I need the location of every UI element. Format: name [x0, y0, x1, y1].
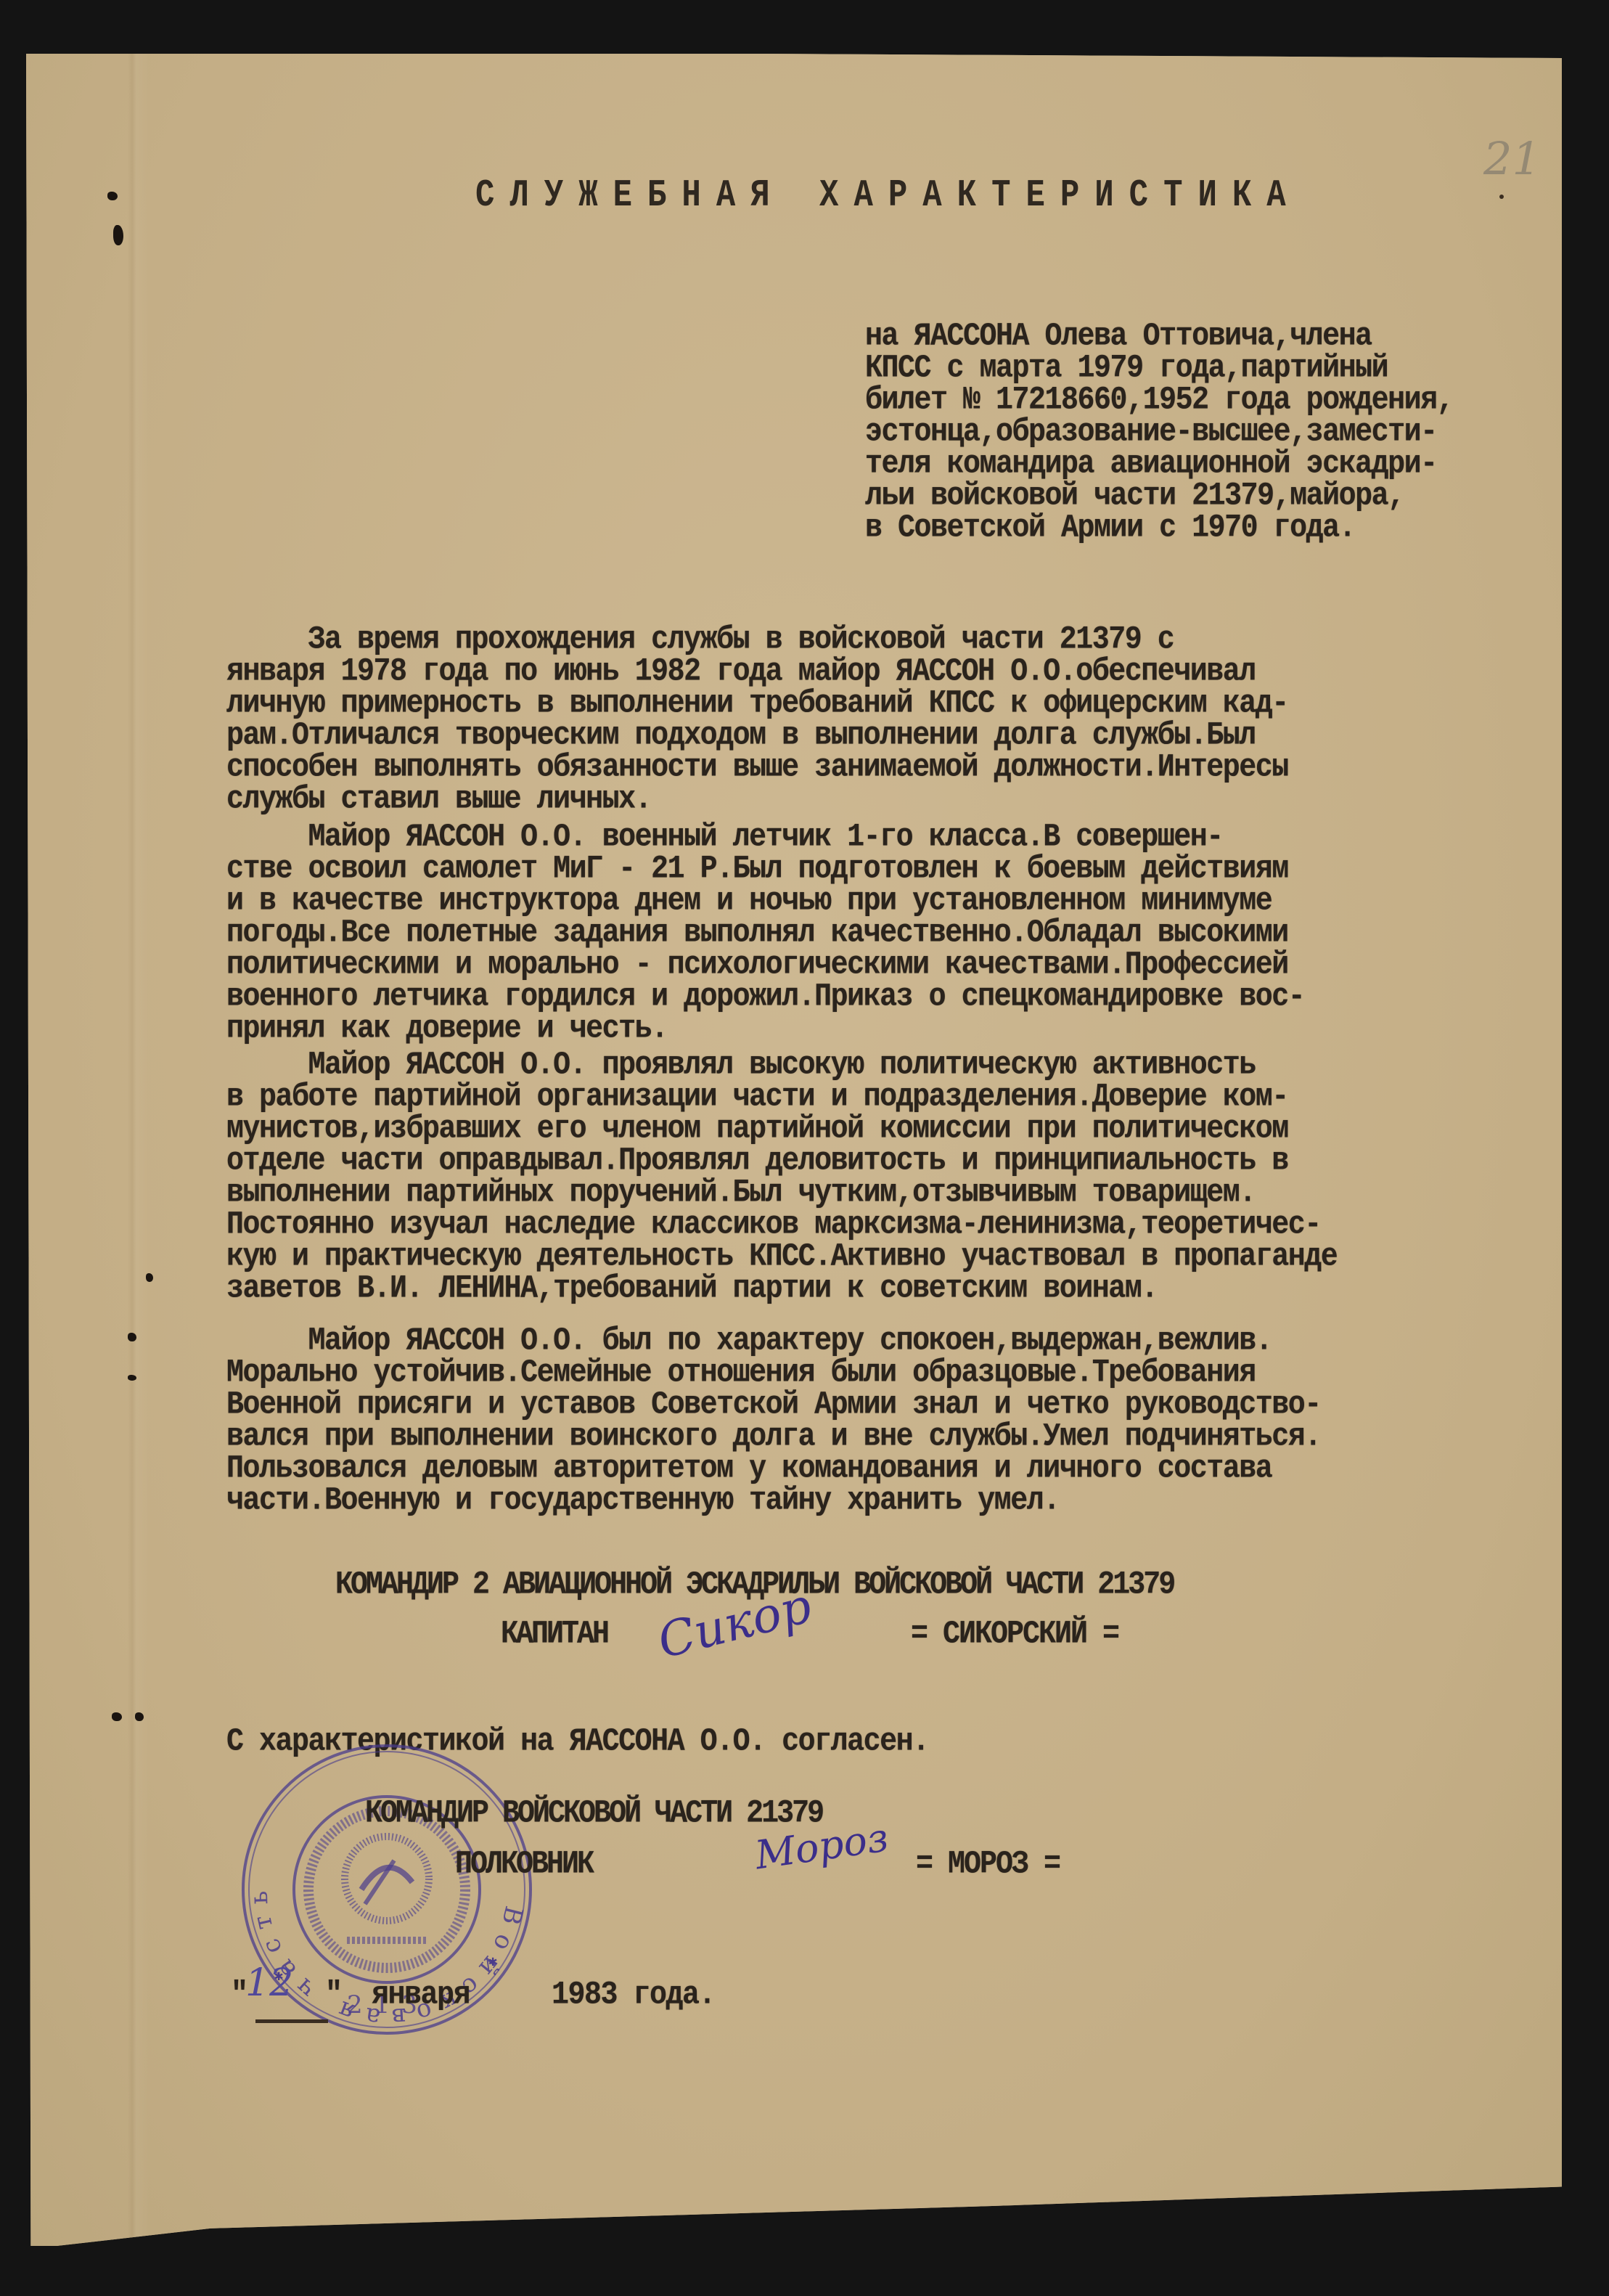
paragraph-line: За время прохождения службы в войсковой … — [226, 623, 1174, 658]
signatory-rank: ПОЛКОВНИК — [455, 1847, 592, 1883]
subject-line: билет № 17218660,1952 года рождения, — [865, 383, 1453, 419]
subject-line: теля командира авиационной эскадри- — [865, 447, 1437, 483]
paragraph-line: в работе партийной организации части и п… — [226, 1080, 1288, 1116]
paragraph-line: способен выполнять обязанности выше зани… — [226, 751, 1288, 786]
binding-hole — [107, 192, 118, 200]
paragraph-line: Морально устойчив.Семейные отношения был… — [226, 1356, 1256, 1392]
paragraph-line: части.Военную и государственную тайну хр… — [226, 1484, 1060, 1519]
paragraph-line: мунистов,избравших его членом партийной … — [226, 1112, 1288, 1148]
subject-line: в Советской Армии с 1970 года. — [865, 511, 1355, 547]
subject-line: эстонца,образование-высшее,замести- — [865, 415, 1437, 451]
paragraph-line: рам.Отличался творческим подходом в выпо… — [226, 719, 1256, 754]
paragraph-line: Постоянно изучал наследие классиков марк… — [226, 1208, 1321, 1243]
signatory-name: = СИКОРСКИЙ = — [911, 1617, 1118, 1653]
paragraph-line: военного летчика гордился и дорожил.Прик… — [226, 980, 1304, 1016]
date-close-quote: " — [325, 1978, 342, 2014]
paragraph-line: принял как доверие и честь. — [226, 1012, 668, 1047]
binding-hole — [112, 1712, 122, 1721]
paragraph-line: Майор ЯАССОН О.О. военный летчик 1-го кл… — [226, 820, 1223, 856]
page-number: 21 — [1483, 132, 1541, 185]
paragraph-line: января 1978 года по июнь 1982 года майор… — [226, 655, 1256, 690]
svg-text:✱: ✱ — [488, 1954, 497, 1971]
paragraph-line: стве освоил самолет МиГ - 21 Р.Был подго… — [226, 852, 1288, 888]
signatory-name: = МОРОЗ = — [916, 1847, 1060, 1883]
binding-hole — [128, 1375, 136, 1381]
paragraph-line: выполнении партийных поручений.Был чутки… — [226, 1176, 1256, 1212]
date-underline — [255, 2019, 328, 2023]
subject-line: КПСС с марта 1979 года,партийный — [865, 351, 1388, 387]
paragraph-line: Военной присяги и уставов Советской Арми… — [226, 1388, 1321, 1423]
paragraph-line: вался при выполнении воинского долга и в… — [226, 1420, 1321, 1455]
paragraph-line: и в качестве инструктора днем и ночью пр… — [226, 884, 1272, 920]
paragraph-line: Майор ЯАССОН О.О. проявлял высокую полит… — [226, 1048, 1256, 1084]
paragraph-line: личную примерность в выполнении требован… — [226, 687, 1288, 722]
paragraph-line: службы ставил выше личных. — [226, 783, 651, 818]
binding-hole — [146, 1273, 153, 1282]
signatory-position: КОМАНДИР ВОЙСКОВОЙ ЧАСТИ 21379 — [365, 1797, 822, 1832]
paragraph-line: Майор ЯАССОН О.О. был по характеру споко… — [226, 1324, 1272, 1360]
subject-line: льи войсковой части 21379,майора, — [865, 479, 1404, 515]
paragraph-line: Пользовался деловым авторитетом у команд… — [226, 1452, 1272, 1487]
paragraph-line: заветов В.И. ЛЕНИНА,требований партии к … — [226, 1272, 1158, 1307]
date-year: 1983 года. — [552, 1978, 715, 2014]
paragraph-line: погоды.Все полетные задания выполнял кач… — [226, 916, 1288, 952]
signatory-rank: КАПИТАН — [501, 1617, 607, 1653]
binding-hole — [113, 225, 123, 245]
date-day-handwritten: 12 — [245, 1961, 293, 2005]
ink-speck — [1499, 195, 1504, 199]
binding-hole — [128, 1333, 136, 1341]
date-month: января — [372, 1978, 470, 2014]
subject-line: на ЯАССОНА Олева Оттовича,члена — [865, 319, 1372, 355]
paragraph-line: отделе части оправдывал.Проявлял деловит… — [226, 1144, 1288, 1180]
document-title: СЛУЖЕБНАЯ ХАРАКТЕРИСТИКА — [475, 174, 1301, 218]
paragraph-line: политическими и морально - психологическ… — [226, 948, 1288, 984]
paragraph-line: кую и практическую деятельность КПСС.Акт… — [226, 1240, 1337, 1275]
binding-hole — [135, 1712, 144, 1721]
